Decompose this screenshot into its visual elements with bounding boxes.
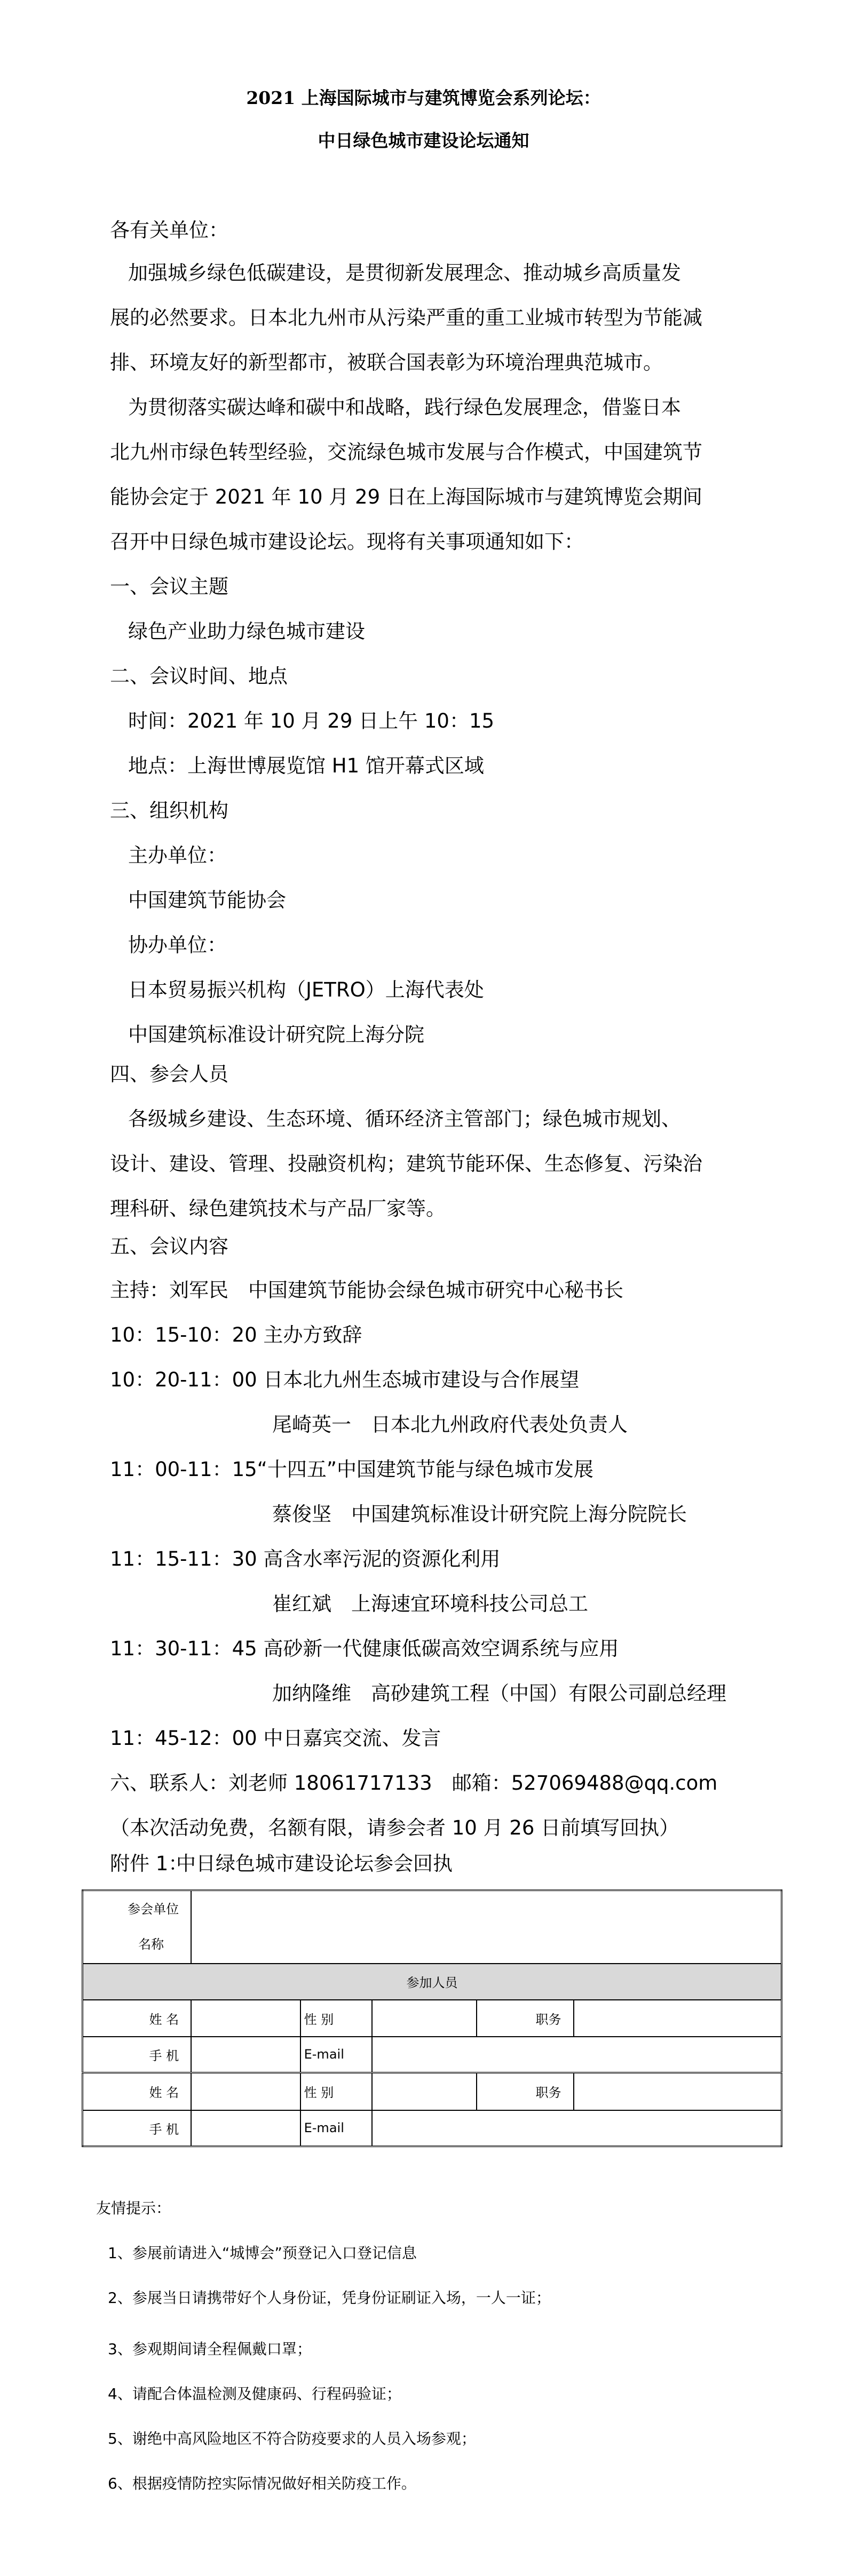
registration-note: （本次活动免费，名额有限，请参会者 10 月 26 日前填写回执） bbox=[110, 1816, 679, 1840]
tip-item-4: 4、请配合体温检测及健康码、行程码验证； bbox=[108, 2382, 401, 2404]
intro-para2-line1: 为贯彻落实碳达峰和碳中和战略，践行绿色发展理念，借鉴日本 bbox=[128, 396, 681, 419]
name-label: 姓 名 bbox=[83, 2000, 192, 2037]
document-title-line1: 2021 上海国际城市与建筑博览会系列论坛： bbox=[0, 84, 847, 109]
tip-item-6: 6、根据疫情防控实际情况做好相关防疫工作。 bbox=[108, 2472, 416, 2493]
participants-header: 参加人员 bbox=[83, 1964, 782, 2000]
agenda-item-3: 11：00-11：15“十四五”中国建筑节能与绿色城市发展 bbox=[110, 1458, 593, 1481]
document-title-line2: 中日绿色城市建设论坛通知 bbox=[0, 127, 847, 152]
participant2-position-field[interactable] bbox=[574, 2073, 782, 2110]
name-label: 姓 名 bbox=[83, 2073, 192, 2110]
host-org: 中国建筑节能协会 bbox=[128, 889, 286, 912]
host-label: 主办单位： bbox=[128, 844, 227, 867]
meeting-place: 地点：上海世博展览馆 H1 馆开幕式区域 bbox=[128, 754, 484, 778]
agenda-item-4-speaker: 崔红斌 上海速宜环境科技公司总工 bbox=[272, 1592, 588, 1616]
participant2-name-field[interactable] bbox=[191, 2073, 300, 2110]
agenda-item-5: 11：30-11：45 高砂新一代健康低碳高效空调系统与应用 bbox=[110, 1637, 619, 1661]
position-label: 职务 bbox=[477, 2073, 574, 2110]
agenda-item-4: 11：15-11：30 高含水率污泥的资源化利用 bbox=[110, 1548, 500, 1571]
tip-item-3: 3、参观期间请全程佩戴口罩； bbox=[108, 2338, 312, 2359]
org-label-line2: 名称 bbox=[83, 1927, 179, 1962]
co-organizer-2: 中国建筑标准设计研究院上海分院 bbox=[128, 1023, 424, 1047]
section1-content: 绿色产业助力绿色城市建设 bbox=[128, 620, 365, 643]
participants-header-row: 参加人员 bbox=[83, 1964, 782, 2000]
agenda-item-1: 10：15-10：20 主办方致辞 bbox=[110, 1323, 362, 1347]
participant1-email-field[interactable] bbox=[372, 2037, 781, 2073]
participant1-row1: 姓 名 性 别 职务 bbox=[83, 2000, 782, 2037]
tip-item-1: 1、参展前请进入“城博会”预登记入口登记信息 bbox=[108, 2242, 417, 2263]
section2-heading: 二、会议时间、地点 bbox=[110, 665, 288, 688]
co-organizer-1: 日本贸易振兴机构（JETRO）上海代表处 bbox=[128, 978, 484, 1002]
mobile-label: 手 机 bbox=[83, 2110, 192, 2147]
contact-info: 六、联系人：刘老师 18061717133 邮箱：527069488@qq.co… bbox=[110, 1772, 717, 1795]
intro-para1-line3: 排、环境友好的新型都市，被联合国表彰为环境治理典范城市。 bbox=[110, 351, 663, 374]
participant2-gender-field[interactable] bbox=[372, 2073, 476, 2110]
intro-para2-line2: 北九州市绿色转型经验，交流绿色城市发展与合作模式，中国建筑节 bbox=[110, 441, 702, 464]
gender-label: 性 别 bbox=[300, 2073, 373, 2110]
org-label-line1: 参会单位 bbox=[83, 1892, 179, 1927]
mobile-label: 手 机 bbox=[83, 2037, 192, 2073]
agenda-item-6: 11：45-12：00 中日嘉宾交流、发言 bbox=[110, 1727, 441, 1750]
participant2-row2: 手 机 E-mail bbox=[83, 2110, 782, 2147]
section5-heading: 五、会议内容 bbox=[110, 1235, 228, 1258]
attendees-line2: 设计、建设、管理、投融资机构；建筑节能环保、生态修复、污染治 bbox=[110, 1152, 702, 1176]
section3-heading: 三、组织机构 bbox=[110, 799, 228, 823]
salutation: 各有关单位： bbox=[110, 219, 228, 242]
meeting-time: 时间：2021 年 10 月 29 日上午 10：15 bbox=[128, 709, 494, 733]
org-row: 参会单位 名称 bbox=[83, 1891, 782, 1964]
intro-para1-line1: 加强城乡绿色低碳建设，是贯彻新发展理念、推动城乡高质量发 bbox=[128, 261, 681, 285]
section4-heading: 四、参会人员 bbox=[110, 1063, 228, 1086]
moderator: 主持：刘军民 中国建筑节能协会绿色城市研究中心秘书长 bbox=[110, 1279, 623, 1302]
participant2-mobile-field[interactable] bbox=[191, 2110, 300, 2147]
agenda-item-5-speaker: 加纳隆维 高砂建筑工程（中国）有限公司副总经理 bbox=[272, 1682, 726, 1705]
participant1-position-field[interactable] bbox=[574, 2000, 782, 2037]
position-label: 职务 bbox=[477, 2000, 574, 2037]
tips-heading: 友情提示： bbox=[96, 2197, 171, 2218]
agenda-item-2-speaker: 尾崎英一 日本北九州政府代表处负责人 bbox=[272, 1413, 628, 1437]
email-label: E-mail bbox=[300, 2110, 373, 2147]
participant2-email-field[interactable] bbox=[372, 2110, 781, 2147]
tip-item-5: 5、谢绝中高风险地区不符合防疫要求的人员入场参观； bbox=[108, 2427, 476, 2449]
co-organizer-label: 协办单位： bbox=[128, 934, 227, 957]
participant1-gender-field[interactable] bbox=[372, 2000, 476, 2037]
participant1-row2: 手 机 E-mail bbox=[83, 2037, 782, 2073]
agenda-item-2: 10：20-11：00 日本北九州生态城市建设与合作展望 bbox=[110, 1368, 579, 1392]
attendees-line3: 理科研、绿色建筑技术与产品厂家等。 bbox=[110, 1197, 446, 1221]
tip-item-2: 2、参展当日请携带好个人身份证，凭身份证刷证入场，一人一证； bbox=[108, 2286, 551, 2308]
participant2-row1: 姓 名 性 别 职务 bbox=[83, 2073, 782, 2110]
attendees-line1: 各级城乡建设、生态环境、循环经济主管部门；绿色城市规划、 bbox=[128, 1107, 681, 1131]
intro-para1-line2: 展的必然要求。日本北九州市从污染严重的重工业城市转型为节能减 bbox=[110, 306, 702, 330]
agenda-item-3-speaker: 蔡俊坚 中国建筑标准设计研究院上海分院院长 bbox=[272, 1503, 687, 1526]
intro-para2-line3: 能协会定于 2021 年 10 月 29 日在上海国际城市与建筑博览会期间 bbox=[110, 485, 702, 509]
attachment-title: 中日绿色城市建设论坛参会回执 bbox=[176, 1852, 453, 1876]
gender-label: 性 别 bbox=[300, 2000, 373, 2037]
participant1-name-field[interactable] bbox=[191, 2000, 300, 2037]
registration-receipt-table: 参会单位 名称 参加人员 姓 名 性 别 职务 手 机 E-mail 姓 名 性… bbox=[82, 1889, 782, 2147]
intro-para2-line4: 召开中日绿色城市建设论坛。现将有关事项通知如下： bbox=[110, 530, 584, 554]
org-name-label: 参会单位 名称 bbox=[83, 1891, 192, 1964]
section1-heading: 一、会议主题 bbox=[110, 575, 228, 599]
participant1-mobile-field[interactable] bbox=[191, 2037, 300, 2073]
email-label: E-mail bbox=[300, 2037, 373, 2073]
org-name-field[interactable] bbox=[191, 1891, 781, 1964]
